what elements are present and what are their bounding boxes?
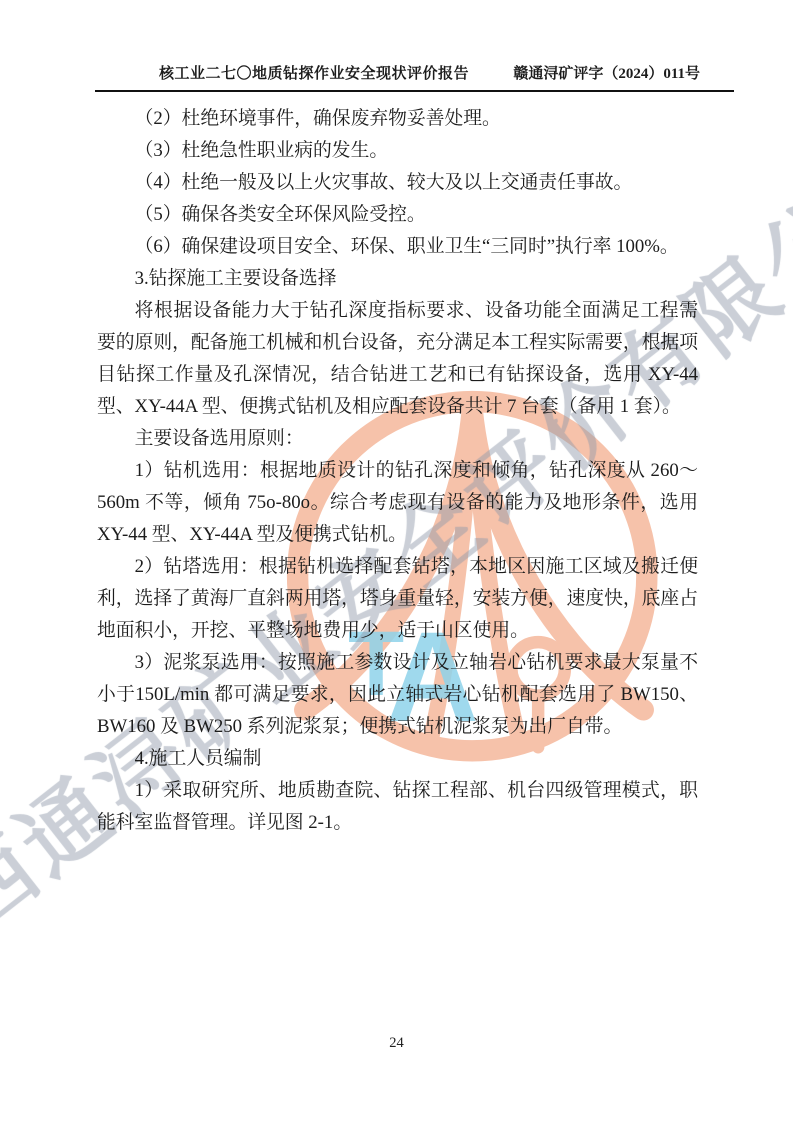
document-body: （2）杜绝环境事件，确保废弃物妥善处理。（3）杜绝急性职业病的发生。（4）杜绝一… xyxy=(97,103,698,839)
page-number: 24 xyxy=(389,1035,404,1051)
doc-number: 赣通浔矿评字（2024）011号 xyxy=(513,62,734,83)
report-title: 核工业二七〇地质钻探作业安全现状评价报告 xyxy=(95,62,469,83)
document-page: TA 江西通浔矿业安全评价有限公司 核工业二七〇地质钻探作业安全现状评价报告 赣… xyxy=(0,0,793,1122)
paragraph: （6）确保建设项目安全、环保、职业卫生“三同时”执行率 100%。 xyxy=(97,231,698,263)
paragraph: （4）杜绝一般及以上火灾事故、较大及以上交通责任事故。 xyxy=(97,167,698,199)
paragraph: 3.钻探施工主要设备选择 xyxy=(97,263,698,295)
paragraph: 3）泥浆泵选用：按照施工参数设计及立轴岩心钻机要求最大泵量不小于150L/min… xyxy=(97,647,698,743)
paragraph: （3）杜绝急性职业病的发生。 xyxy=(97,135,698,167)
paragraph: （2）杜绝环境事件，确保废弃物妥善处理。 xyxy=(97,103,698,135)
paragraph: 4.施工人员编制 xyxy=(97,743,698,775)
paragraph: 将根据设备能力大于钻孔深度指标要求、设备功能全面满足工程需要的原则，配备施工机械… xyxy=(97,295,698,423)
page-footer: 24 xyxy=(0,1035,793,1052)
page-header: 核工业二七〇地质钻探作业安全现状评价报告 赣通浔矿评字（2024）011号 xyxy=(95,62,734,92)
paragraph: 2）钻塔选用：根据钻机选择配套钻塔，本地区因施工区域及搬迁便利，选择了黄海厂直斜… xyxy=(97,551,698,647)
paragraph: 1）采取研究所、地质勘查院、钻探工程部、机台四级管理模式，职能科室监督管理。详见… xyxy=(97,775,698,839)
paragraph: 主要设备选用原则： xyxy=(97,423,698,455)
paragraph: 1）钻机选用：根据地质设计的钻孔深度和倾角，钻孔深度从 260～560m 不等，… xyxy=(97,455,698,551)
paragraph: （5）确保各类安全环保风险受控。 xyxy=(97,199,698,231)
